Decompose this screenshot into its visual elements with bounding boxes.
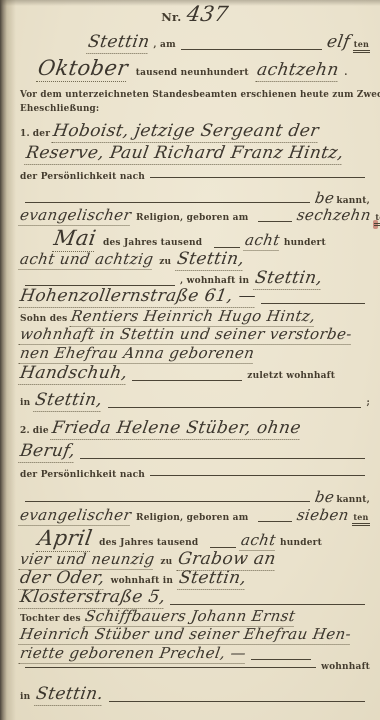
dateline-rule xyxy=(181,49,322,50)
groom-address-row: Hohenzollernstraße 61, — xyxy=(20,286,370,308)
groom-address: Hohenzollernstraße 61, — xyxy=(18,286,257,308)
groom-zuletzt-label: zuletzt wohnhaft xyxy=(247,371,335,381)
bride-religion: evangelischer xyxy=(18,506,132,526)
bride-parents-rule xyxy=(251,659,311,660)
groom-sohn-label: Sohn des xyxy=(20,314,67,324)
bride-religion-row: evangelischer Religion, geboren am siebe… xyxy=(20,506,370,526)
groom-kannt-label: kannt, xyxy=(336,196,370,206)
bride-jahres-label: des Jahres tausend xyxy=(99,538,198,548)
dateline-year: achtzehn xyxy=(255,60,340,82)
groom-bekannt-rule xyxy=(25,202,310,203)
groom-in-label: in xyxy=(20,398,30,408)
bride-persoenlichkeit-label: der Persönlichkeit nach xyxy=(20,470,145,480)
groom-century-rule xyxy=(214,247,240,248)
bride-religion-label: Religion, geboren am xyxy=(136,513,248,523)
groom-last-residence-row: in Stettin, ; xyxy=(20,390,370,412)
bride-address-rule xyxy=(170,604,365,605)
groom-semicolon: ; xyxy=(366,398,370,408)
groom-last-rule xyxy=(108,407,362,408)
groom-identity-rule xyxy=(150,177,365,178)
bride-identity-rule xyxy=(150,475,365,476)
groom-name-row: Reserve, Paul Richard Franz Hintz, xyxy=(20,143,370,165)
groom-jahres-label: des Jahres tausend xyxy=(103,238,202,248)
bride-father: Schiffbauers Johann Ernst xyxy=(83,607,296,627)
intro-text-1: Vor dem unterzeichneten Standesbeamten e… xyxy=(20,90,380,100)
groom-century: acht xyxy=(244,231,282,251)
bride-wohnhaft-row: wohnhaft xyxy=(20,662,370,672)
bride-name: Frieda Helene Stüber, ohne xyxy=(50,418,302,440)
dateline-place: Stettin xyxy=(86,32,151,54)
dateline-year-row: Oktober tausend neunhundert achtzehn . xyxy=(20,56,370,82)
bride-parents-line3: riette geborenen Prechel, — xyxy=(18,644,247,664)
groom-religion-label: Religion, geboren am xyxy=(136,213,248,223)
bride-address: Klosterstraße 5, xyxy=(18,587,167,609)
groom-birth-day: sechzehn xyxy=(296,206,373,224)
bride-tochter-label: Tochter des xyxy=(20,614,81,624)
bride-name-row: 2. die Frieda Helene Stüber, ohne xyxy=(20,418,370,440)
groom-birth-year: acht und achtzig xyxy=(18,250,154,270)
groom-religion: evangelischer xyxy=(18,206,132,226)
groom-hundert-label: hundert xyxy=(284,238,326,248)
groom-day-suffix: ten xyxy=(374,212,380,226)
bride-article: die xyxy=(33,426,49,436)
groom-occupation: Hoboist, jetzige Sergeant der xyxy=(51,121,320,143)
bride-wohnhaft-label: wohnhaft in xyxy=(111,576,174,586)
dateline-month: Oktober xyxy=(36,56,130,82)
intro-text-2: Eheschließung: xyxy=(20,104,99,114)
groom-father-row: Sohn des Rentiers Heinrich Hugo Hintz, xyxy=(20,307,370,327)
bride-day-rule xyxy=(258,521,292,522)
bride-kannt-label: kannt, xyxy=(336,495,370,505)
groom-zu-label: zu xyxy=(159,257,171,267)
bride-father-row: Tochter des Schiffbauers Johann Ernst xyxy=(20,607,370,627)
groom-identity-row: der Persönlichkeit nach xyxy=(20,172,370,182)
bride-last-residence-row: in Stettin. xyxy=(20,684,370,706)
bride-parents-line2: Heinrich Stüber und seiner Ehefrau Hen- xyxy=(18,625,352,645)
groom-parents-line2: wohnhaft in Stettin und seiner verstorbe… xyxy=(18,325,353,345)
bride-day-suffix: ten xyxy=(352,512,369,526)
bride-beruf-row: Beruf, xyxy=(20,441,370,463)
bride-parents-row-3: riette geborenen Prechel, — xyxy=(20,644,370,664)
groom-parents-line3: nen Ehefrau Anna geborenen xyxy=(18,344,255,364)
dateline-day: elf xyxy=(325,32,351,52)
bride-hundert-label: hundert xyxy=(280,538,322,548)
groom-number: 1. xyxy=(20,129,30,139)
bride-zu-label: zu xyxy=(160,557,172,567)
bride-bekannt-rule xyxy=(25,501,310,502)
bride-be: be xyxy=(314,488,336,506)
groom-day-rule xyxy=(258,221,292,222)
page-binding-edge xyxy=(0,0,16,720)
bride-number: 2. xyxy=(20,426,30,436)
bride-birth-year: vier und neunzig xyxy=(18,550,156,570)
dateline-am-label: , am xyxy=(153,40,175,50)
bride-wohnhaft-rule xyxy=(25,667,316,668)
record-number-value: 437 xyxy=(186,2,231,26)
bride-birth-day: sieben xyxy=(296,506,351,524)
bride-wohnhaft2-label: wohnhaft xyxy=(321,662,370,672)
bride-century: acht xyxy=(240,531,278,551)
groom-last-residence: Stettin, xyxy=(34,390,105,412)
groom-religion-row: evangelischer Religion, geboren am sechz… xyxy=(20,206,370,226)
bride-last-rule xyxy=(109,701,365,702)
dateline-period: . xyxy=(344,68,347,78)
groom-mother-surname: Handschuh, xyxy=(18,363,129,385)
intro-row-2: Eheschließung: xyxy=(20,104,370,114)
bride-beruf: Beruf, xyxy=(18,441,77,463)
groom-bekannt-row: be kannt, xyxy=(20,189,370,207)
bride-century-rule xyxy=(210,547,236,548)
dateline-place-row: Stettin , am elf ten xyxy=(20,32,370,54)
bride-parents-row-2: Heinrich Stüber und seiner Ehefrau Hen- xyxy=(20,625,370,645)
groom-wohnhaft-label: , wohnhaft in xyxy=(180,276,249,286)
dateline-tausend-label: tausend neunhundert xyxy=(136,68,249,78)
record-number-label: Nr. xyxy=(161,10,181,24)
bride-identity-row: der Persönlichkeit nach xyxy=(20,470,370,480)
groom-address-rule xyxy=(261,303,365,304)
dateline-day-suffix: ten xyxy=(353,39,370,53)
bride-address-row: Klosterstraße 5, xyxy=(20,587,370,609)
record-number-row: Nr. 437 xyxy=(20,2,370,26)
bride-last-residence: Stettin. xyxy=(35,684,106,706)
groom-be: be xyxy=(314,189,336,207)
groom-persoenlichkeit-label: der Persönlichkeit nach xyxy=(20,172,145,182)
registry-document-page: Nr. 437 Stettin , am elf ten Oktober tau… xyxy=(0,0,380,720)
intro-row-1: Vor dem unterzeichneten Standesbeamten e… xyxy=(20,90,370,100)
groom-mother-row: Handschuh, zuletzt wohnhaft xyxy=(20,363,370,385)
groom-name: Reserve, Paul Richard Franz Hintz, xyxy=(24,143,345,165)
groom-occupation-row: 1. der Hoboist, jetzige Sergeant der xyxy=(20,121,370,143)
groom-mother-rule xyxy=(132,380,242,381)
bride-beruf-rule xyxy=(80,458,365,459)
groom-parents-row-2: wohnhaft in Stettin und seiner verstorbe… xyxy=(20,325,370,345)
bride-bekannt-row: be kannt, xyxy=(20,488,370,506)
bride-in-label: in xyxy=(20,692,30,702)
groom-article: der xyxy=(33,129,50,139)
groom-father: Rentiers Heinrich Hugo Hintz, xyxy=(70,307,318,327)
groom-parents-row-3: nen Ehefrau Anna geborenen xyxy=(20,344,370,364)
